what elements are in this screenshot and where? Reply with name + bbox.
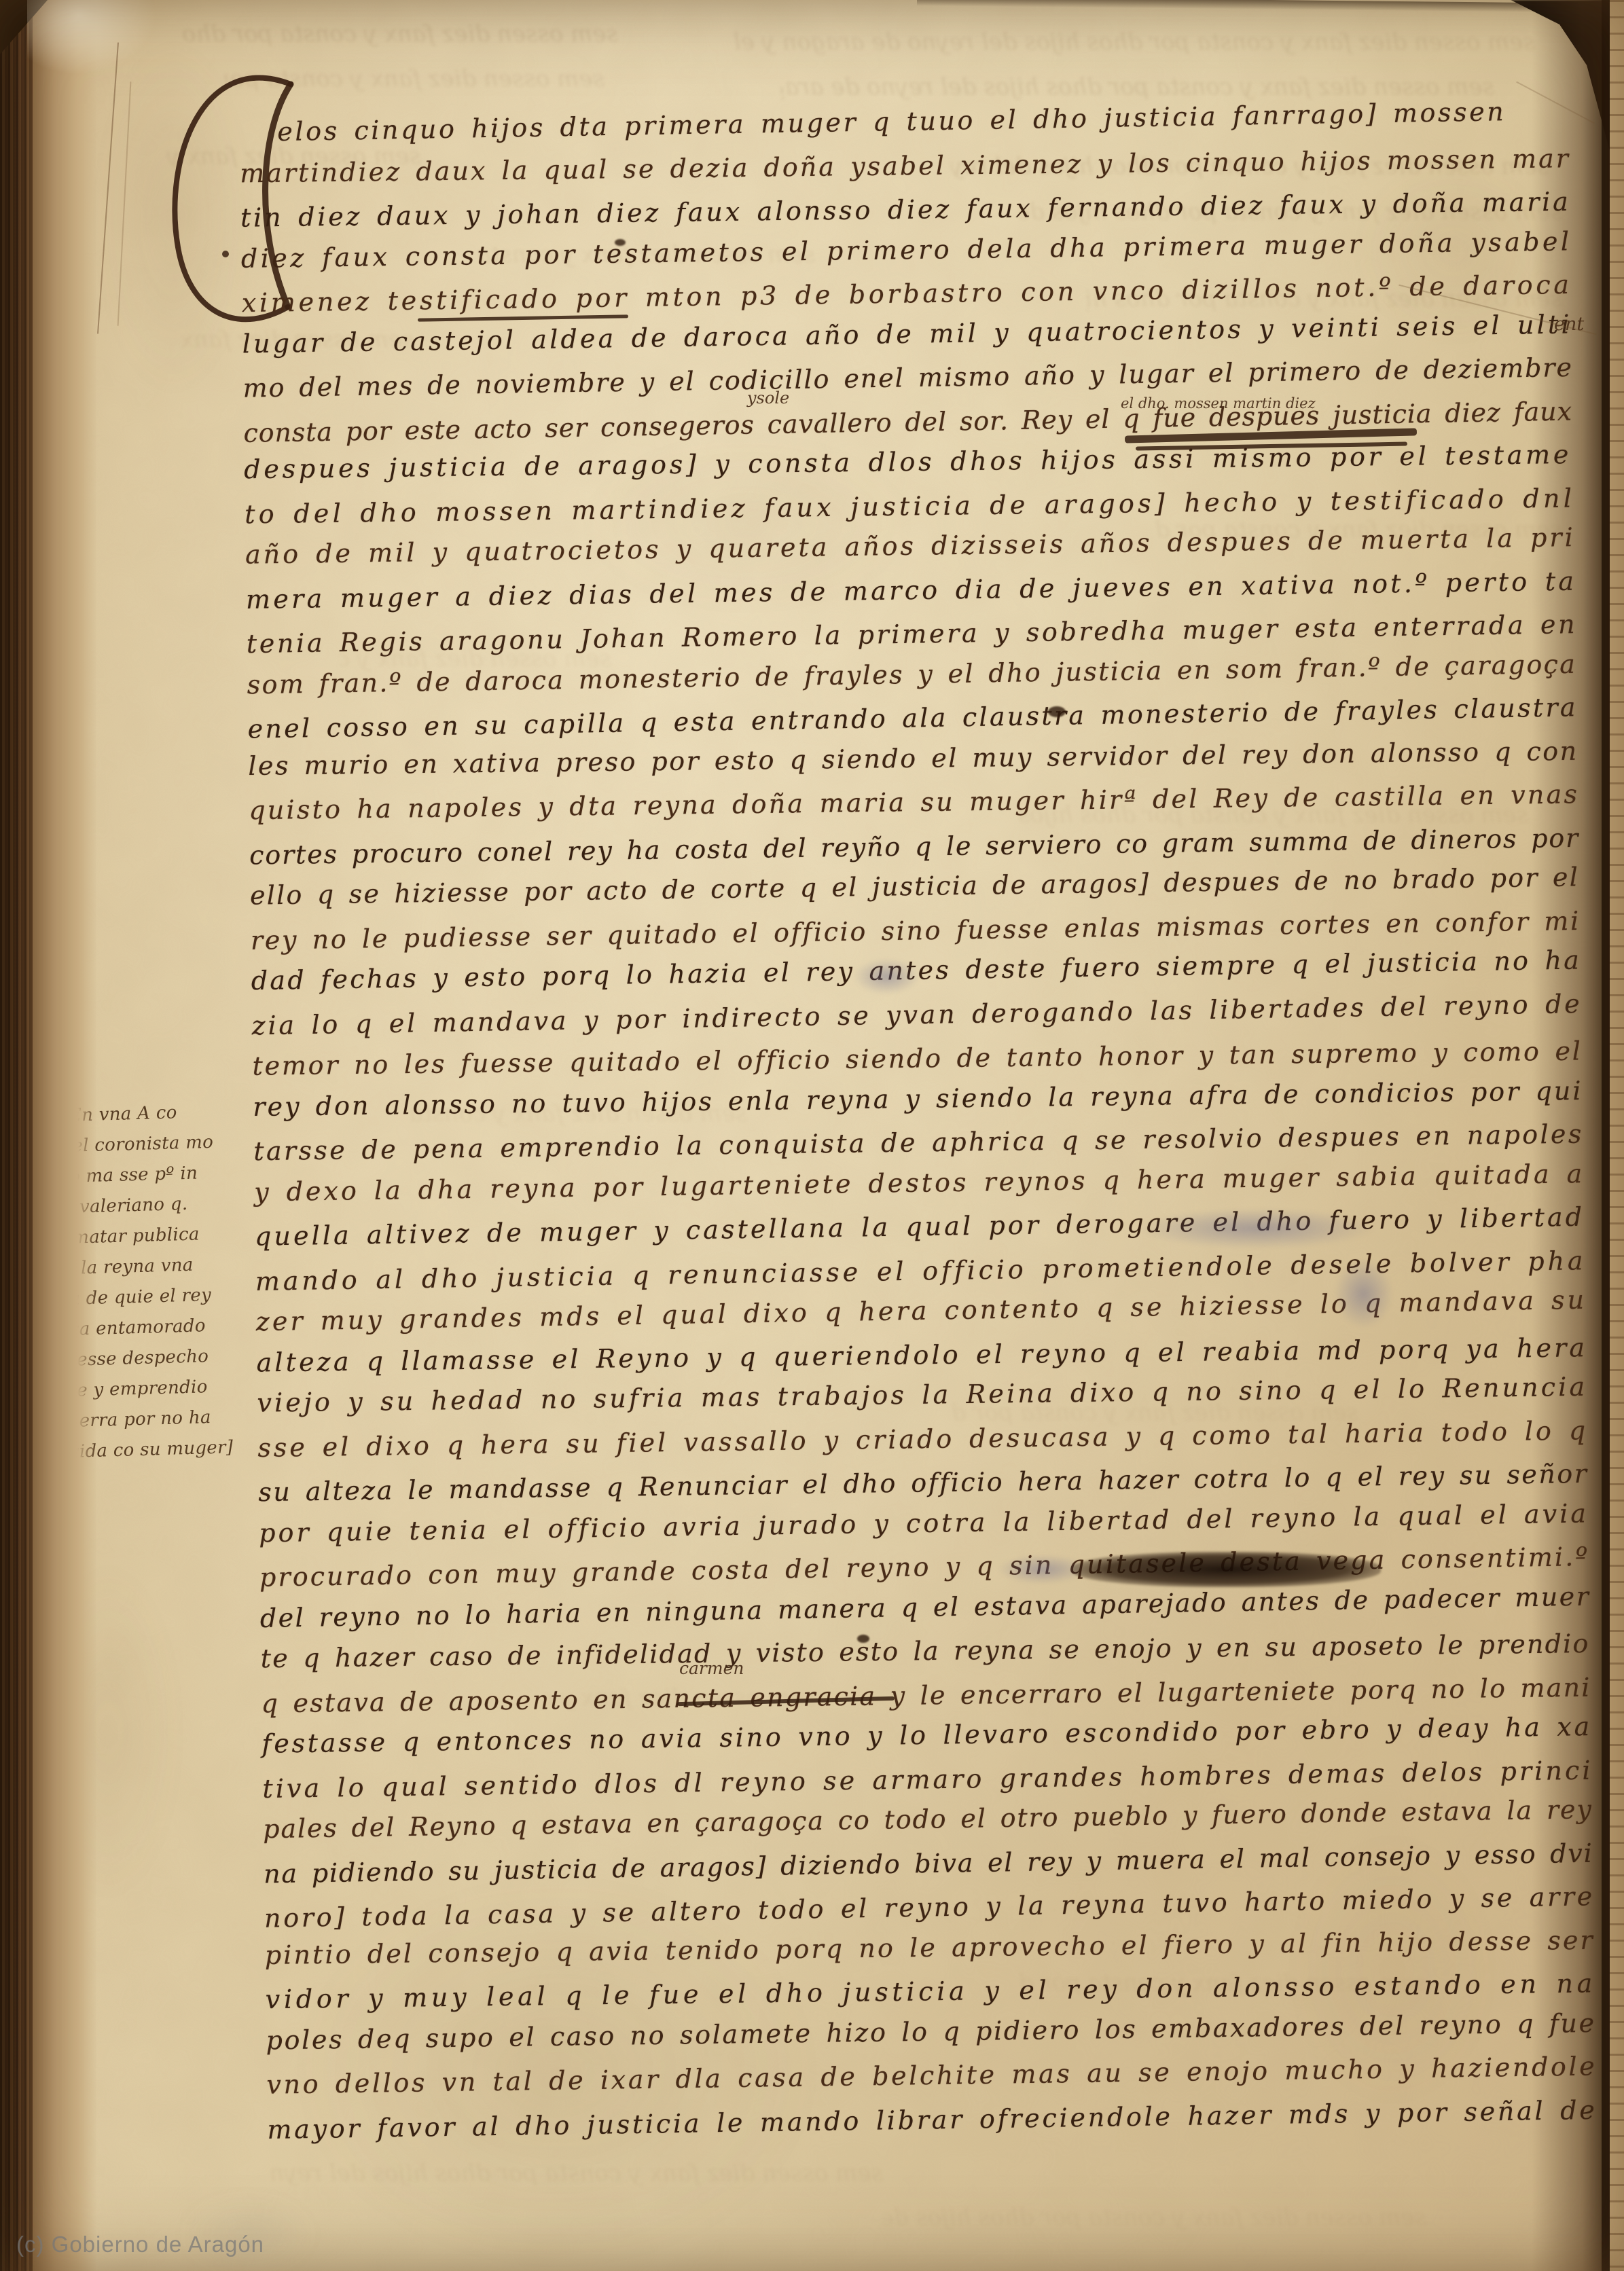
underlying-page-sliver [1610,0,1624,2271]
copyright-watermark: (c) Gobierno de Aragón [16,2232,264,2257]
manuscript-line: rey don alonsso no tuvo hijos enla reyna… [253,1074,1583,1124]
manuscript-line: quisto ha napoles y dta reyna doña maria… [249,777,1579,827]
paper-stain [102,41,245,394]
blot-mark [857,1635,869,1643]
top-left-corner-curl [27,0,156,75]
interlinear-insertion: carmen [679,1658,744,1678]
manuscript-line: zia lo q el mandava y por indirecto se y… [251,986,1583,1042]
manuscript-line: te q hazer caso de infidelidad y visto e… [260,1627,1589,1675]
interlinear-insertion: ysole [747,388,789,407]
manuscript-scan: sem ossen diez fanx y consta por dhos hi… [0,0,1624,2271]
smudge-mark [1335,1260,1392,1328]
blot-mark [1048,706,1066,717]
smudge-mark [1141,1209,1372,1248]
left-page-curve [33,0,97,2271]
book-gutter-edge [0,0,33,2271]
manuscript-line: martindiez daux la qual se dezia doña ys… [240,141,1570,190]
smudge-mark [854,959,919,994]
manuscript-line: mera muger a diez dias del mes de marco … [246,564,1577,616]
underlying-page-marks [1610,0,1624,2271]
manuscript-line: sse el dixo q hera su fiel vassallo y cr… [257,1413,1588,1465]
manuscript-line: quella altivez de muger y castellana la … [255,1200,1585,1254]
text-block: elos cinquo hijos dta primera muger q tu… [239,96,1624,2194]
smear-mark [1072,1552,1381,1587]
blot-mark [615,239,626,246]
manuscript-line: mayor favor al dho justicia le mando lib… [267,2092,1598,2146]
manuscript-line: vno dellos vn tal de ixar dla casa de be… [266,2049,1598,2101]
interlinear-insertion: el dho. mossen martin diez [1121,395,1316,412]
right-page-edge-line [1602,0,1610,2271]
